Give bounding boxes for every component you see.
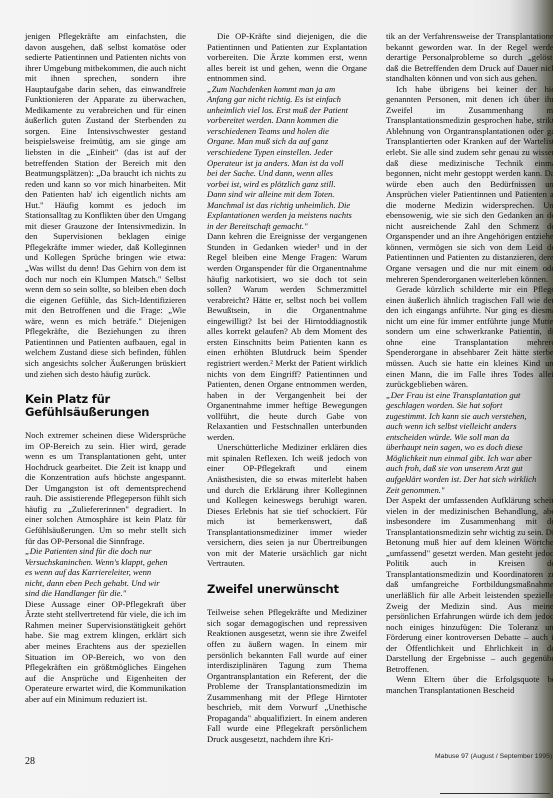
body-paragraph: Ich habe übrigens bei keiner der hier ge… [386, 84, 553, 284]
body-paragraph: Der Aspekt der umfassenden Aufklärung sc… [386, 495, 553, 674]
block-quote: „Die Patienten sind für die doch nur Ver… [25, 546, 172, 599]
text-column-3: tik an der Verfahrensweise der Transplan… [386, 31, 553, 695]
block-quote: „Der Frau ist eine Transplantation gut g… [386, 390, 544, 495]
section-heading: Zweifel unerwünscht [207, 583, 367, 596]
block-quote: „Zum Nachdenken kommt man ja am Anfang g… [207, 84, 353, 232]
body-paragraph: Noch extremer scheinen diese Widersprüch… [25, 430, 186, 546]
section-heading: Kein Platz für Gefühlsäußerungen [25, 393, 186, 418]
page-number: 28 [25, 756, 35, 767]
text-column-2: Die OP-Kräfte sind diejenigen, die die P… [207, 31, 367, 745]
body-paragraph: Diese Aussage einer OP-Pflegekraft über … [25, 599, 186, 704]
body-paragraph: Unerschütterliche Mediziner erklären die… [207, 442, 367, 569]
text-column-1: jenigen Pflegekräfte am einfachsten, die… [25, 31, 186, 704]
body-paragraph: Teilweise sehen Pflegekräfte und Medizin… [207, 607, 367, 744]
body-paragraph: Dann kehren die Ereignisse der vergangen… [207, 231, 367, 442]
body-paragraph: Wenn Eltern über die Erfolgsquote bei ma… [386, 674, 553, 695]
body-paragraph: jenigen Pflegekräfte am einfachsten, die… [25, 31, 186, 379]
bottom-rule [440, 793, 550, 794]
body-paragraph: tik an der Verfahrensweise der Transplan… [386, 31, 553, 84]
body-paragraph: Gerade kürzlich schilderte mir ein Pfleg… [386, 284, 553, 389]
document-page: jenigen Pflegekräfte am einfachsten, die… [0, 0, 553, 798]
publication-footer: Mabuse 97 (August / September 1995) [435, 753, 552, 760]
body-paragraph: Die OP-Kräfte sind diejenigen, die die P… [207, 31, 367, 84]
